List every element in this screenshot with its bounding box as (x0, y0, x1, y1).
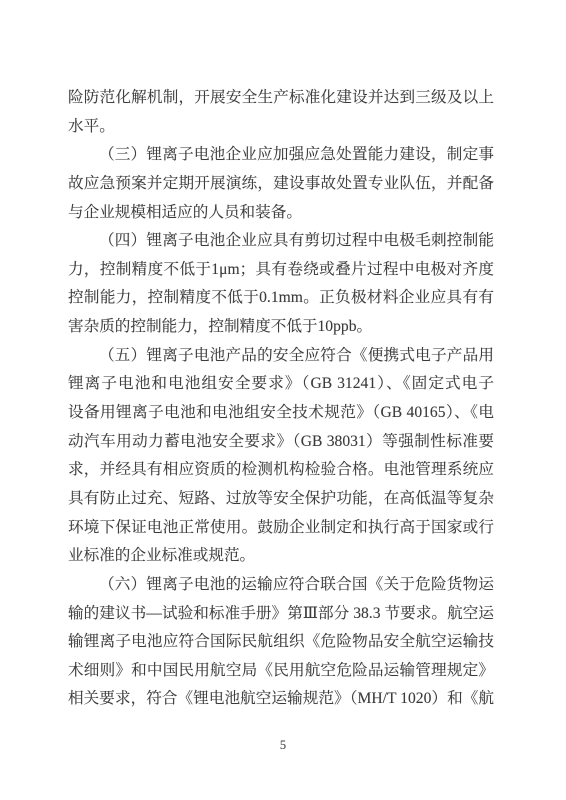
text-line: 故应急预案并定期开展演练，建设事故处置专业队伍，并配备 (68, 170, 494, 199)
text-line: 具有防止过充、短路、过放等安全保护功能，在高低温等复杂 (68, 485, 494, 514)
page-number: 5 (0, 738, 566, 753)
text-line: 环境下保证电池正常使用。鼓励企业制定和执行高于国家或行 (68, 514, 494, 543)
text-line: 与企业规模相适应的人员和装备。 (68, 199, 494, 228)
text-line: 锂离子电池和电池组安全要求》（GB 31241）、《固定式电子 (68, 370, 494, 399)
text-line: 术细则》和中国民用航空局《民用航空危险品运输管理规定》 (68, 657, 494, 686)
text-line: 控制能力，控制精度不低于0.1mm。正负极材料企业应具有有 (68, 284, 494, 313)
text-line: 动汽车用动力蓄电池安全要求》（GB 38031）等强制性标准要 (68, 428, 494, 457)
text-line: 水平。 (68, 113, 494, 142)
text-line: 险防范化解机制，开展安全生产标准化建设并达到三级及以上 (68, 84, 494, 113)
text-line: 输的建议书—试验和标准手册》第Ⅲ部分 38.3 节要求。航空运 (68, 600, 494, 629)
text-line: 输锂离子电池应符合国际民航组织《危险物品安全航空运输技 (68, 628, 494, 657)
text-line: 相关要求，符合《锂电池航空运输规范》（MH/T 1020）和《航 (68, 685, 494, 714)
text-line: （四）锂离子电池企业应具有剪切过程中电极毛刺控制能 (68, 227, 494, 256)
text-line: 设备用锂离子电池和电池组安全技术规范》（GB 40165）、《电 (68, 399, 494, 428)
text-line: （六）锂离子电池的运输应符合联合国《关于危险货物运 (68, 571, 494, 600)
text-line: 业标准的企业标准或规范。 (68, 542, 494, 571)
text-line: 求，并经具有相应资质的检测机构检验合格。电池管理系统应 (68, 456, 494, 485)
text-line: 害杂质的控制能力，控制精度不低于10ppb。 (68, 313, 494, 342)
document-page: 险防范化解机制，开展安全生产标准化建设并达到三级及以上水平。（三）锂离子电池企业… (0, 0, 566, 800)
text-line: （五）锂离子电池产品的安全应符合《便携式电子产品用 (68, 342, 494, 371)
text-line: 力，控制精度不低于1μm；具有卷绕或叠片过程中电极对齐度 (68, 256, 494, 285)
document-text: 险防范化解机制，开展安全生产标准化建设并达到三级及以上水平。（三）锂离子电池企业… (68, 84, 494, 714)
text-line: （三）锂离子电池企业应加强应急处置能力建设，制定事 (68, 141, 494, 170)
